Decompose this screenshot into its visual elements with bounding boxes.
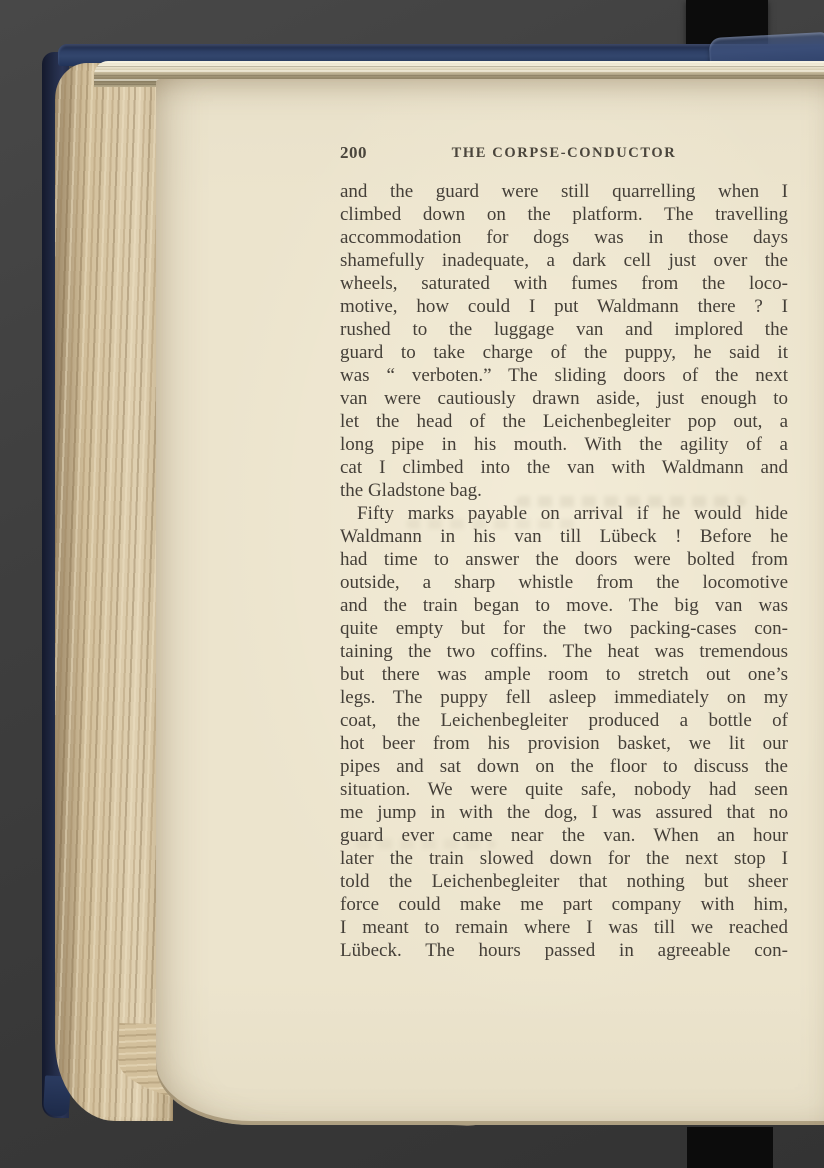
photo-backdrop: 200 THE CORPSE-CONDUCTOR and the guard w… — [0, 0, 824, 1168]
text-line: cat I climbed into the van with Waldmann… — [340, 456, 788, 479]
text-line: Waldmann in his van till Lübeck ! Before… — [340, 525, 788, 548]
text-line: was “ verboten.” The sliding doors of th… — [340, 364, 788, 387]
text-line: climbed down on the platform. The travel… — [340, 203, 788, 226]
text-line: Fifty marks payable on arrival if he wou… — [340, 502, 788, 525]
text-line: Lübeck. The hours passed in agreeable co… — [340, 939, 788, 962]
page-body: and the guard were still quarrelling whe… — [340, 180, 788, 962]
text-line: me jump in with the dog, I was assured t… — [340, 801, 788, 824]
text-line: guard ever came near the van. When an ho… — [340, 824, 788, 847]
text-line: and the train began to move. The big van… — [340, 594, 788, 617]
text-line: pipes and sat down on the floor to discu… — [340, 755, 788, 778]
text-line: coat, the Leichenbegleiter produced a bo… — [340, 709, 788, 732]
text-line: the Gladstone bag. — [340, 479, 788, 502]
text-line: long pipe in his mouth. With the agility… — [340, 433, 788, 456]
book-page: 200 THE CORPSE-CONDUCTOR and the guard w… — [156, 79, 824, 1125]
text-line: later the train slowed down for the next… — [340, 847, 788, 870]
text-line: legs. The puppy fell asleep immediately … — [340, 686, 788, 709]
page-number: 200 — [340, 143, 367, 163]
text-line: motive, how could I put Waldmann there ?… — [340, 295, 788, 318]
text-line: taining the two coffins. The heat was tr… — [340, 640, 788, 663]
text-line: had time to answer the doors were bolted… — [340, 548, 788, 571]
text-line: guard to take charge of the puppy, he sa… — [340, 341, 788, 364]
running-title: THE CORPSE-CONDUCTOR — [452, 145, 677, 162]
text-line: shamefully inadequate, a dark cell just … — [340, 249, 788, 272]
backdrop-strap-bottom — [687, 1127, 773, 1168]
text-line: I meant to remain where I was till we re… — [340, 916, 788, 939]
text-line: let the head of the Leichenbegleiter pop… — [340, 410, 788, 433]
text-line: accommodation for dogs was in those days — [340, 226, 788, 249]
text-line: told the Leichenbegleiter that nothing b… — [340, 870, 788, 893]
text-line: van were cautiously drawn aside, just en… — [340, 387, 788, 410]
text-line: wheels, saturated with fumes from the lo… — [340, 272, 788, 295]
page-header: 200 THE CORPSE-CONDUCTOR — [340, 143, 788, 165]
text-line: rushed to the luggage van and implored t… — [340, 318, 788, 341]
text-line: situation. We were quite safe, nobody ha… — [340, 778, 788, 801]
text-line: but there was ample room to stretch out … — [340, 663, 788, 686]
text-line: and the guard were still quarrelling whe… — [340, 180, 788, 203]
text-line: force could make me part company with hi… — [340, 893, 788, 916]
text-line: quite empty but for the two packing-case… — [340, 617, 788, 640]
text-line: outside, a sharp whistle from the locomo… — [340, 571, 788, 594]
text-line: hot beer from his provision basket, we l… — [340, 732, 788, 755]
